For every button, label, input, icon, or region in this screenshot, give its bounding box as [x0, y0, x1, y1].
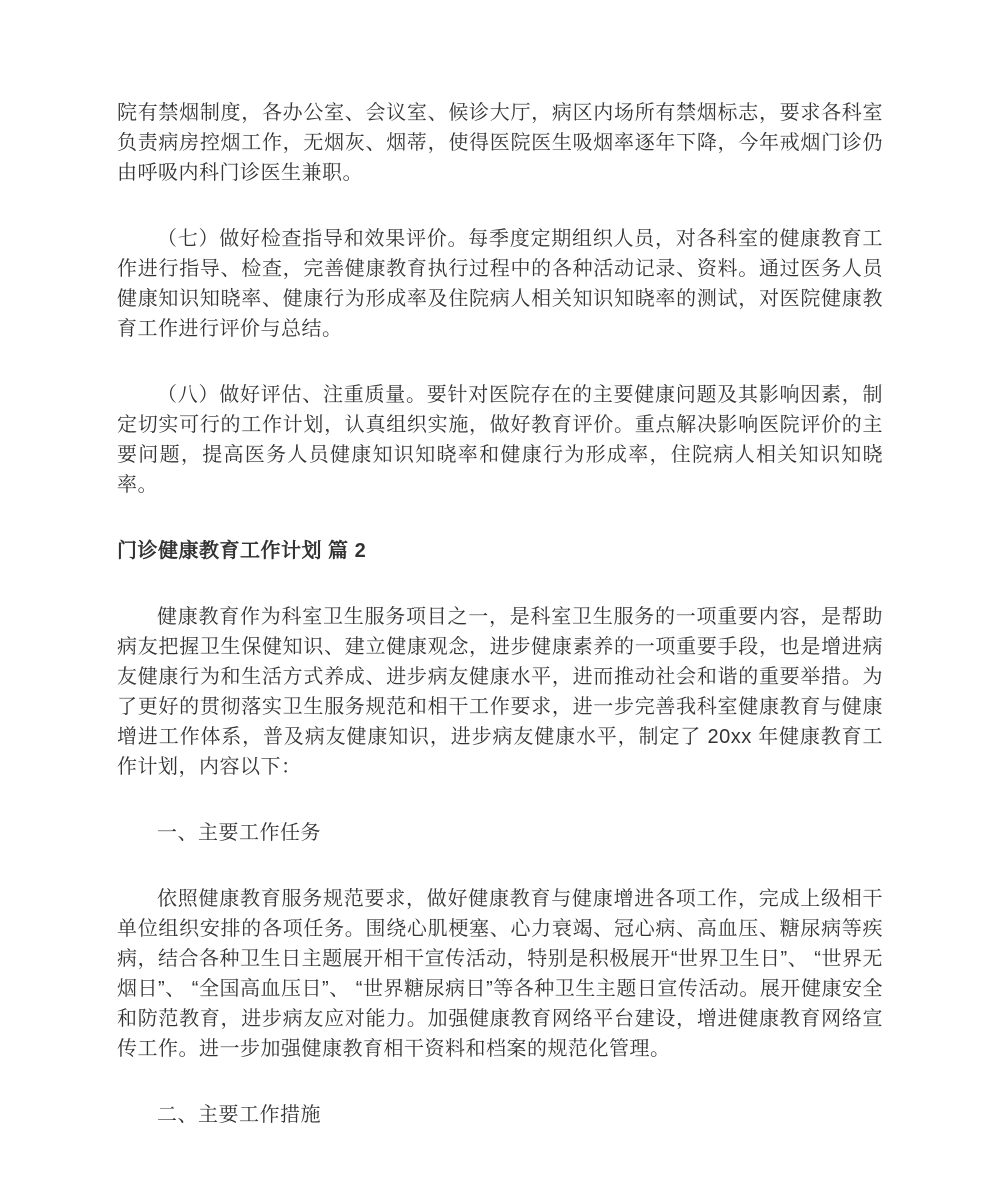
document-page: 院有禁烟制度，各办公室、会议室、候诊大厅，病区内场所有禁烟标志，要求各科室负责病…: [0, 0, 1000, 1188]
subheading-main-measures: 二、主要工作措施: [117, 1100, 883, 1130]
paragraph-item-seven: （七）做好检查指导和效果评价。每季度定期组织人员，对各科室的健康教育工作进行指导…: [117, 224, 883, 344]
paragraph-intro: 健康教育作为科室卫生服务项目之一，是科室卫生服务的一项重要内容，是帮助病友把握卫…: [117, 602, 883, 782]
paragraph-main-tasks-detail: 依照健康教育服务规范要求，做好健康教育与健康增进各项工作，完成上级相干单位组织安…: [117, 884, 883, 1064]
paragraph-smoking-control-continuation: 院有禁烟制度，各办公室、会议室、候诊大厅，病区内场所有禁烟标志，要求各科室负责病…: [117, 98, 883, 188]
section-title-plan-part2: 门诊健康教育工作计划 篇 2: [117, 536, 883, 566]
paragraph-item-eight: （八）做好评估、注重质量。要针对医院存在的主要健康问题及其影响因素，制定切实可行…: [117, 380, 883, 500]
subheading-main-tasks: 一、主要工作任务: [117, 818, 883, 848]
